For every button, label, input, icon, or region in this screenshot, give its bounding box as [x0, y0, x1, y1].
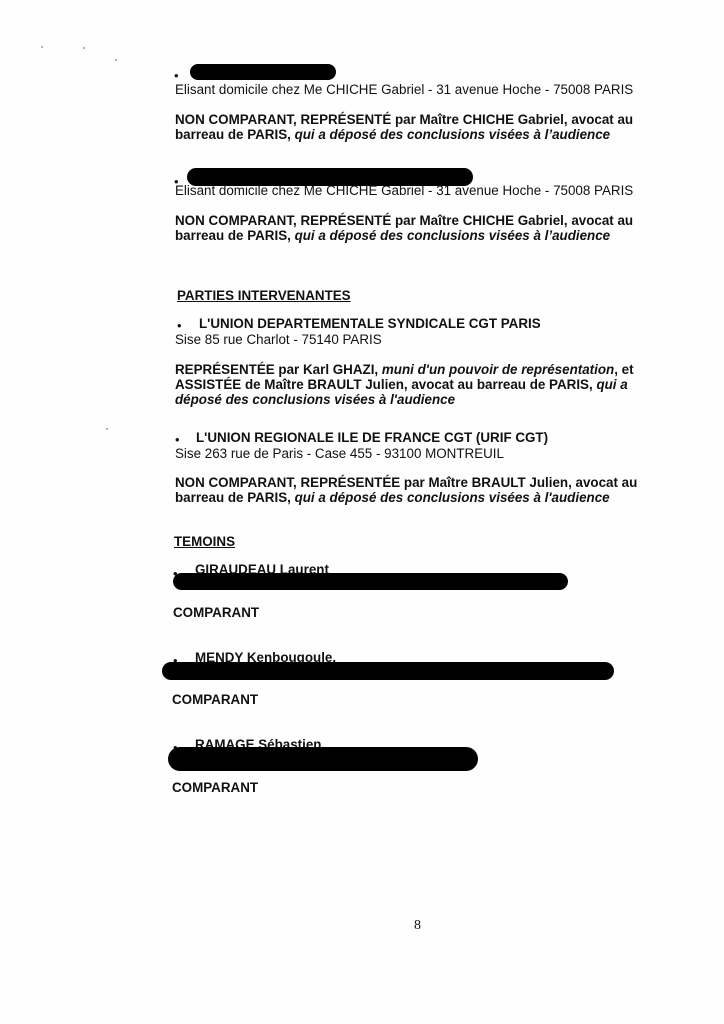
scan-speck — [106, 428, 108, 430]
redacted-name — [190, 64, 336, 80]
intervenant-representation-l3: déposé des conclusions visées à l'audien… — [175, 392, 455, 408]
intervenant-name: L'UNION DEPARTEMENTALE SYNDICALE CGT PAR… — [199, 316, 541, 332]
party-status-line2: barreau de PARIS, qui a déposé des concl… — [175, 228, 610, 244]
redacted-details — [173, 573, 568, 590]
section-heading-temoins: TEMOINS — [174, 534, 235, 549]
intervenant-representation-l1: NON COMPARANT, REPRÉSENTÉE par Maître BR… — [175, 475, 637, 491]
intervenant-address: Sise 85 rue Charlot - 75140 PARIS — [175, 332, 382, 348]
scan-speck — [41, 46, 43, 48]
party-domicile: Elisant domicile chez Me CHICHE Gabriel … — [175, 82, 633, 98]
section-heading-intervenantes: PARTIES INTERVENANTES — [177, 288, 351, 303]
bullet: • — [175, 432, 180, 447]
redacted-details — [162, 662, 614, 680]
scan-speck — [115, 59, 117, 61]
document-page: • Elisant domicile chez Me CHICHE Gabrie… — [0, 0, 724, 1024]
scan-speck — [83, 47, 85, 49]
party-status-line2: barreau de PARIS, qui a déposé des concl… — [175, 127, 610, 143]
witness-status: COMPARANT — [173, 605, 259, 621]
intervenant-representation-l1: REPRÉSENTÉE par Karl GHAZI, muni d'un po… — [175, 362, 634, 378]
intervenant-representation-l2: ASSISTÉE de Maître BRAULT Julien, avocat… — [175, 377, 628, 393]
intervenant-name: L'UNION REGIONALE ILE DE FRANCE CGT (URI… — [196, 430, 548, 446]
page-number: 8 — [414, 918, 421, 934]
party-domicile: Elisant domicile chez Me CHICHE Gabriel … — [175, 183, 633, 199]
intervenant-address: Sise 263 rue de Paris - Case 455 - 93100… — [175, 446, 504, 462]
bullet: • — [174, 68, 179, 83]
intervenant-representation-l2: barreau de PARIS, qui a déposé des concl… — [175, 490, 610, 506]
redacted-details — [168, 747, 478, 771]
party-status: NON COMPARANT, REPRÉSENTÉ par Maître CHI… — [175, 213, 633, 229]
witness-status: COMPARANT — [172, 692, 258, 708]
bullet: • — [177, 318, 182, 333]
witness-status: COMPARANT — [172, 780, 258, 796]
party-status: NON COMPARANT, REPRÉSENTÉ par Maître CHI… — [175, 112, 633, 128]
